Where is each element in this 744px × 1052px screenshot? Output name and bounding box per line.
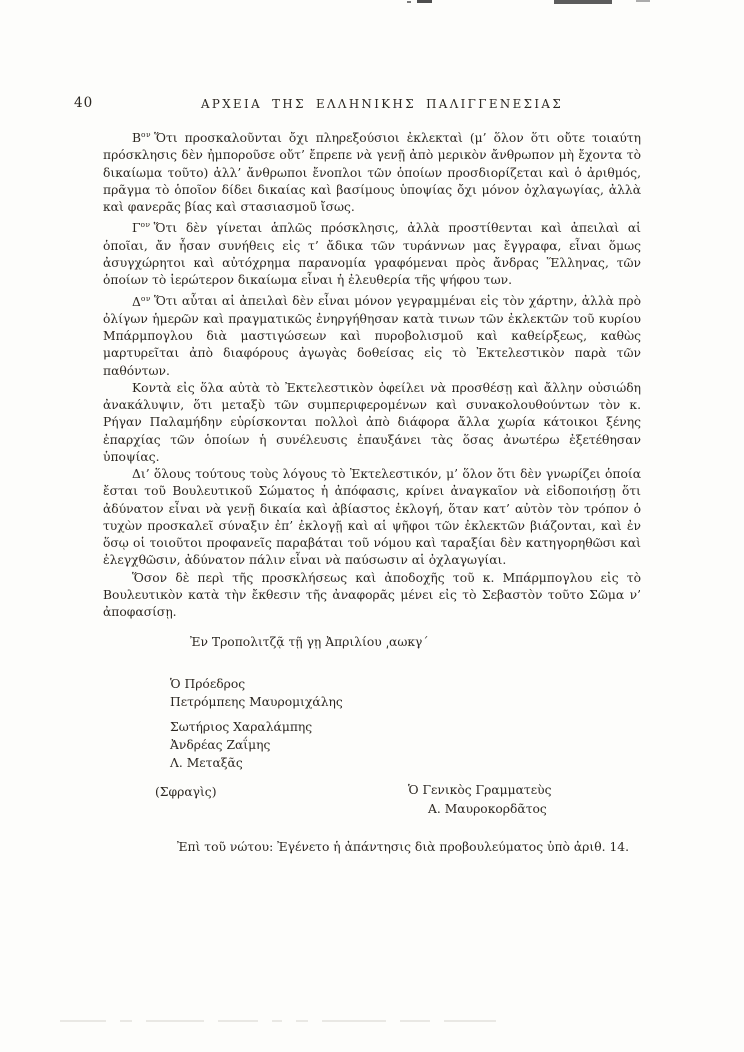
paragraph-d: ΔονὍτι αὗται αἱ ἀπειλαὶ δὲν εἶναι μόνον … bbox=[103, 289, 641, 379]
paragraph-text: Κοντὰ εἰς ὅλα αὐτὰ τὸ Ἐκτελεστικὸν ὀφείλ… bbox=[103, 381, 641, 464]
paragraph-text: Ὅτι δὲν γίνεται ἁπλῶς πρόσκλησις, ἀλλὰ π… bbox=[103, 221, 641, 287]
secretary-block: Ὁ Γενικὸς Γραμματεὺς Α. Μαυροκορδᾶτος bbox=[408, 781, 551, 819]
paragraph-g: ΓονὍτι δὲν γίνεται ἁπλῶς πρόσκλησις, ἀλλ… bbox=[103, 216, 641, 289]
running-title: ΑΡΧΕΙΑ ΤΗΣ ΕΛΛΗΝΙΚΗΣ ΠΑΛΙΓΓΕΝΕΣΙΑΣ bbox=[113, 97, 651, 111]
secretary-title: Ὁ Γενικὸς Γραμματεὺς bbox=[408, 781, 551, 800]
signature-block: Ὁ Πρόεδρος Πετρόμπεης Μαυρομιχάλης Σωτήρ… bbox=[103, 675, 641, 772]
scan-artifact-top bbox=[636, 0, 650, 2]
signatory-members: Σωτήριος Χαραλάμπης Ἀνδρέας Ζαΐμης Λ. Με… bbox=[170, 718, 641, 772]
secretary-name: Α. Μαυροκορδᾶτος bbox=[408, 800, 551, 819]
paragraph-text: Ὅτι αὗται αἱ ἀπειλαὶ δὲν εἶναι μόνον γεγ… bbox=[103, 295, 641, 378]
paragraph-b: ΒονὍτι προσκαλοῦνται ὄχι πληρεξούσιοι ἐκ… bbox=[103, 126, 641, 216]
paragraph-marker: Δον bbox=[132, 295, 151, 309]
paragraph-marker: Βον bbox=[132, 131, 151, 145]
scanned-document-page: 40 ΑΡΧΕΙΑ ΤΗΣ ΕΛΛΗΝΙΚΗΣ ΠΑΛΙΓΓΕΝΕΣΙΑΣ Βο… bbox=[0, 0, 744, 1052]
scan-artifact-bottom bbox=[60, 1020, 710, 1023]
signatory-name: Σωτήριος Χαραλάμπης bbox=[170, 718, 641, 736]
paragraph-text: Ὅσον δὲ περὶ τῆς προσκλήσεως καὶ ἀποδοχῆ… bbox=[103, 571, 641, 620]
seal-row: (Σφραγὶς) Ὁ Γενικὸς Γραμματεὺς Α. Μαυροκ… bbox=[103, 781, 641, 823]
endorsement-note: Ἐπὶ τοῦ νώτου: Ἐγένετο ἡ ἀπάντησις διὰ π… bbox=[103, 839, 641, 856]
paragraph: Δι’ ὅλους τούτους τοὺς λόγους τὸ Ἐκτελεσ… bbox=[103, 466, 641, 570]
dateline: Ἐν Τροπολιτζᾷ τῇ γῃ Ἀπριλίου ͵αωκγ΄ bbox=[103, 634, 641, 651]
scan-artifact-top bbox=[417, 0, 432, 3]
document-body: ΒονὍτι προσκαλοῦνται ὄχι πληρεξούσιοι ἐκ… bbox=[103, 126, 641, 856]
paragraph: Ὅσον δὲ περὶ τῆς προσκλήσεως καὶ ἀποδοχῆ… bbox=[103, 570, 641, 622]
signatory-name: Λ. Μεταξᾶς bbox=[170, 754, 641, 772]
page-number: 40 bbox=[74, 95, 93, 111]
seal-note: (Σφραγὶς) bbox=[155, 784, 217, 801]
president-name: Πετρόμπεης Μαυρομιχάλης bbox=[170, 693, 641, 711]
paragraph: Κοντὰ εἰς ὅλα αὐτὰ τὸ Ἐκτελεστικὸν ὀφείλ… bbox=[103, 380, 641, 466]
scan-artifact-top bbox=[554, 0, 612, 4]
president-title: Ὁ Πρόεδρος bbox=[170, 675, 641, 693]
paragraph-text: Δι’ ὅλους τούτους τοὺς λόγους τὸ Ἐκτελεσ… bbox=[103, 467, 641, 567]
paragraph-text: Ὅτι προσκαλοῦνται ὄχι πληρεξούσιοι ἐκλεκ… bbox=[103, 131, 641, 214]
paragraph-marker: Γον bbox=[132, 221, 151, 235]
signatory-name: Ἀνδρέας Ζαΐμης bbox=[170, 736, 641, 754]
scan-artifact-top bbox=[407, 1, 411, 3]
